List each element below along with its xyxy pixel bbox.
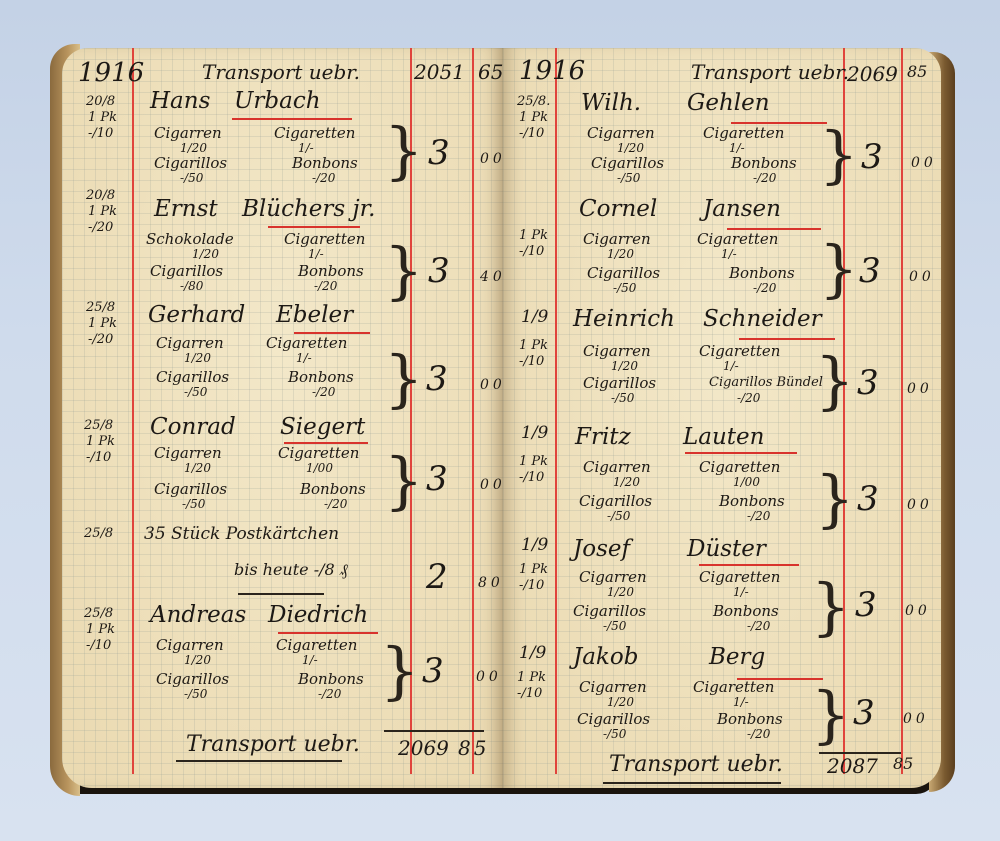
item-name: Cigaretten <box>266 336 347 351</box>
last-name: Berg <box>709 646 765 669</box>
first-name: Wilh. <box>581 92 641 115</box>
name-underline <box>699 564 799 566</box>
footer-amount: 2069 <box>398 738 449 758</box>
item-name: Cigaretten <box>693 680 774 695</box>
item-name: Cigarillos <box>154 156 227 171</box>
item-price: 1/20 <box>184 352 211 364</box>
item-name: Cigarillos Bündel <box>709 376 823 389</box>
item-name: Cigarillos <box>591 156 664 171</box>
brace-icon: } <box>815 468 854 530</box>
item-name: Cigarren <box>579 680 647 695</box>
entry-note: -/10 <box>86 638 111 653</box>
entry-cents: 00 <box>905 604 931 618</box>
entry-note: -/10 <box>519 244 544 259</box>
footer-transport-label: Transport uebr. <box>609 754 783 776</box>
item-name: Cigarillos <box>156 370 229 385</box>
item-price: -/50 <box>184 688 207 700</box>
item-name: Bonbons <box>292 156 358 171</box>
brace-icon: } <box>815 350 854 412</box>
item-price: -/50 <box>603 728 626 740</box>
brace-icon: } <box>384 120 423 182</box>
item-name: Bonbons <box>298 672 364 687</box>
entry-cents: 00 <box>911 156 937 170</box>
entry-cents: 00 <box>907 498 933 512</box>
entry-amount: 3 <box>857 366 879 400</box>
entry-note: 1 Pk <box>517 670 546 685</box>
entry-date: 1/9 <box>521 310 548 325</box>
footer-cents: 85 <box>893 756 913 772</box>
entry-amount: 3 <box>426 362 448 396</box>
item-price: 1/20 <box>607 248 634 260</box>
entry-note: 1 Pk <box>88 204 117 219</box>
item-price: 1/- <box>298 142 314 154</box>
entry-note: 1 Pk <box>88 316 117 331</box>
item-price: 1/20 <box>180 142 207 154</box>
footer-underline <box>176 760 342 762</box>
footer-transport-label: Transport uebr. <box>186 734 360 756</box>
brace-icon: } <box>811 576 850 638</box>
name-underline <box>232 118 352 120</box>
entry-note: 1 Pk <box>519 110 548 125</box>
item-name: Cigarillos <box>154 482 227 497</box>
item-price: -/20 <box>747 620 770 632</box>
entry-date: 25/8. <box>517 94 550 109</box>
brace-icon: } <box>384 240 423 302</box>
entry-cents: 40 <box>480 270 503 284</box>
item-price: -/20 <box>747 510 770 522</box>
entry-cents: 00 <box>480 478 503 492</box>
cents-rule <box>901 48 903 774</box>
year-label: 1916 <box>78 60 144 86</box>
item-price: 1/20 <box>613 476 640 488</box>
item-name: Cigarren <box>154 446 222 461</box>
entry-note: 1 Pk <box>86 622 115 637</box>
header-transport-label: Transport uebr. <box>691 62 849 82</box>
item-name: Cigarren <box>154 126 222 141</box>
ledger-book: 1916 Transport uebr. 2051 65 20/8 1 Pk -… <box>50 44 955 796</box>
entry-cents: 00 <box>907 382 933 396</box>
item-name: Bonbons <box>298 264 364 279</box>
entry-note: -/10 <box>519 126 544 141</box>
item-name: Cigarillos <box>587 266 660 281</box>
item-name: Cigarren <box>587 126 655 141</box>
entry-amount: 3 <box>428 136 450 170</box>
item-name: Bonbons <box>300 482 366 497</box>
first-name: Josef <box>573 538 630 561</box>
item-name: Cigarillos <box>150 264 223 279</box>
last-name: Blüchers jr. <box>242 198 375 221</box>
item-price: 1/- <box>729 142 745 154</box>
brace-icon: } <box>384 348 423 410</box>
entry-amount: 3 <box>861 140 883 174</box>
item-name: Bonbons <box>729 266 795 281</box>
first-name: Cornel <box>579 198 657 221</box>
item-price: 1/20 <box>617 142 644 154</box>
last-name: Gehlen <box>687 92 770 115</box>
item-name: Cigaretten <box>276 638 357 653</box>
name-underline <box>739 338 835 340</box>
last-name: Diedrich <box>268 604 368 627</box>
entry-date: 1/9 <box>519 646 546 661</box>
last-name: Düster <box>687 538 766 561</box>
item-name: Cigaretten <box>697 232 778 247</box>
item-price: 1/- <box>721 248 737 260</box>
entry-amount: 3 <box>855 588 877 622</box>
item-price: -/50 <box>617 172 640 184</box>
entry-amount: 3 <box>857 482 879 516</box>
brace-icon: } <box>811 684 850 746</box>
entry-note: 1 Pk <box>86 434 115 449</box>
header-cents: 65 <box>478 62 503 82</box>
item-price: 1/00 <box>306 462 333 474</box>
entry-date: 25/8 <box>86 300 115 315</box>
item-name: Bonbons <box>713 604 779 619</box>
item-name: Cigaretten <box>284 232 365 247</box>
first-name: Andreas <box>150 604 246 627</box>
name-underline <box>278 632 378 634</box>
item-name: Cigarren <box>156 336 224 351</box>
first-name: Ernst <box>154 198 218 221</box>
footer-cents: 85 <box>458 738 489 758</box>
item-price: -/50 <box>613 282 636 294</box>
last-name: Lauten <box>683 426 764 449</box>
brace-icon: } <box>384 450 423 512</box>
item-name: Cigarillos <box>573 604 646 619</box>
first-name: Gerhard <box>148 304 245 327</box>
item-price: 1/00 <box>733 476 760 488</box>
item-name: Bonbons <box>288 370 354 385</box>
header-transport-label: Transport uebr. <box>202 62 360 82</box>
item-price: -/20 <box>737 392 760 404</box>
entry-amount: 3 <box>422 654 444 688</box>
separator-line <box>238 593 324 595</box>
entry-date: 1/9 <box>521 538 548 553</box>
entry-note: 1 Pk <box>519 454 548 469</box>
entry-date: 20/8 <box>86 188 115 203</box>
right-page: 1916 Transport uebr. 2069 85 25/8. 1 Pk … <box>503 48 941 788</box>
entry-cents: 00 <box>903 712 929 726</box>
item-name: Cigarren <box>583 232 651 247</box>
brace-icon: } <box>380 640 419 702</box>
last-name: Urbach <box>234 90 321 113</box>
entry-date: 1/9 <box>521 426 548 441</box>
header-cents: 85 <box>907 64 927 80</box>
first-name: Hans <box>150 90 210 113</box>
entry-cents: 80 <box>478 576 503 590</box>
item-price: -/50 <box>182 498 205 510</box>
footer-amount: 2087 <box>827 756 878 776</box>
item-price: -/20 <box>753 282 776 294</box>
item-name: Schokolade <box>146 232 234 247</box>
last-name: Ebeler <box>276 304 353 327</box>
first-name: Conrad <box>150 416 236 439</box>
first-name: Jakob <box>573 646 638 669</box>
last-name: Jansen <box>703 198 781 221</box>
entry-note: -/10 <box>86 450 111 465</box>
item-price: 1/20 <box>611 360 638 372</box>
entry-note: -/10 <box>519 354 544 369</box>
item-price: 1/20 <box>184 462 211 474</box>
header-amount: 2051 <box>414 62 465 82</box>
item-name: Cigarren <box>579 570 647 585</box>
entry-cents: 00 <box>909 270 935 284</box>
entry-date: 25/8 <box>84 526 113 541</box>
entry-note: -/10 <box>517 686 542 701</box>
date-margin-rule <box>555 48 557 774</box>
item-name: Cigarillos <box>577 712 650 727</box>
item-name: Cigaretten <box>703 126 784 141</box>
item-price: 1/20 <box>607 696 634 708</box>
item-price: -/20 <box>314 280 337 292</box>
first-name: Heinrich <box>573 308 675 331</box>
entry-cents: 00 <box>480 378 503 392</box>
first-name: Fritz <box>575 426 631 449</box>
item-name: Cigaretten <box>699 570 780 585</box>
item-name: Bonbons <box>717 712 783 727</box>
item-price: -/20 <box>312 172 335 184</box>
item-name: Bonbons <box>719 494 785 509</box>
entry-note: -/10 <box>519 578 544 593</box>
entry-note: -/10 <box>88 126 113 141</box>
item-price: 1/- <box>733 586 749 598</box>
item-price: -/80 <box>180 280 203 292</box>
item-price: -/50 <box>184 386 207 398</box>
item-price: -/50 <box>607 510 630 522</box>
entry-note: -/10 <box>519 470 544 485</box>
item-price: -/20 <box>312 386 335 398</box>
last-name: Schneider <box>703 308 822 331</box>
item-name: Cigaretten <box>699 460 780 475</box>
item-name: Cigarillos <box>156 672 229 687</box>
item-name: Cigarillos <box>579 494 652 509</box>
entry-note: -/20 <box>88 332 113 347</box>
entry-amount: 3 <box>853 696 875 730</box>
brace-icon: } <box>819 124 858 186</box>
entry-note: 1 Pk <box>88 110 117 125</box>
item-price: -/20 <box>324 498 347 510</box>
left-page: 1916 Transport uebr. 2051 65 20/8 1 Pk -… <box>62 48 503 788</box>
item-price: 1/- <box>302 654 318 666</box>
name-underline <box>268 226 360 228</box>
entry-date: 20/8 <box>86 94 115 109</box>
item-name: Cigaretten <box>699 344 780 359</box>
item-name: Cigarren <box>583 344 651 359</box>
entry-amount: 3 <box>428 254 450 288</box>
item-price: -/20 <box>753 172 776 184</box>
entry-amount: 3 <box>859 254 881 288</box>
item-name: Cigaretten <box>278 446 359 461</box>
item-price: 1/20 <box>184 654 211 666</box>
total-rule <box>384 730 484 732</box>
item-name: Cigarren <box>583 460 651 475</box>
footer-underline <box>603 782 781 784</box>
item-price: 1/- <box>296 352 312 364</box>
item-name: Cigaretten <box>274 126 355 141</box>
entry-note: 1 Pk <box>519 562 548 577</box>
item-price: 1/20 <box>192 248 219 260</box>
entry-note: -/20 <box>88 220 113 235</box>
item-price: 1/20 <box>607 586 634 598</box>
header-amount: 2069 <box>847 64 898 84</box>
entry-date: 25/8 <box>84 606 113 621</box>
item-name: Cigarren <box>156 638 224 653</box>
year-label: 1916 <box>519 58 585 84</box>
entry-amount: 3 <box>426 462 448 496</box>
entry-date: 25/8 <box>84 418 113 433</box>
item-name: Cigarillos <box>583 376 656 391</box>
date-margin-rule <box>132 48 134 774</box>
cents-rule <box>472 48 474 774</box>
entry-cents: 00 <box>480 152 503 166</box>
entry-description: bis heute -/8 ₰ <box>234 562 348 578</box>
entry-description: 35 Stück Postkärtchen <box>144 526 339 543</box>
item-price: -/50 <box>611 392 634 404</box>
item-name: Bonbons <box>731 156 797 171</box>
item-price: -/20 <box>747 728 770 740</box>
item-price: 1/- <box>308 248 324 260</box>
item-price: -/20 <box>318 688 341 700</box>
entry-amount: 2 <box>426 560 448 594</box>
entry-cents: 00 <box>476 670 502 684</box>
item-price: -/50 <box>180 172 203 184</box>
item-price: 1/- <box>733 696 749 708</box>
brace-icon: } <box>819 238 858 300</box>
entry-note: 1 Pk <box>519 338 548 353</box>
last-name: Siegert <box>280 416 365 439</box>
item-price: -/50 <box>603 620 626 632</box>
name-underline <box>685 452 797 454</box>
entry-note: 1 Pk <box>519 228 548 243</box>
item-price: 1/- <box>723 360 739 372</box>
